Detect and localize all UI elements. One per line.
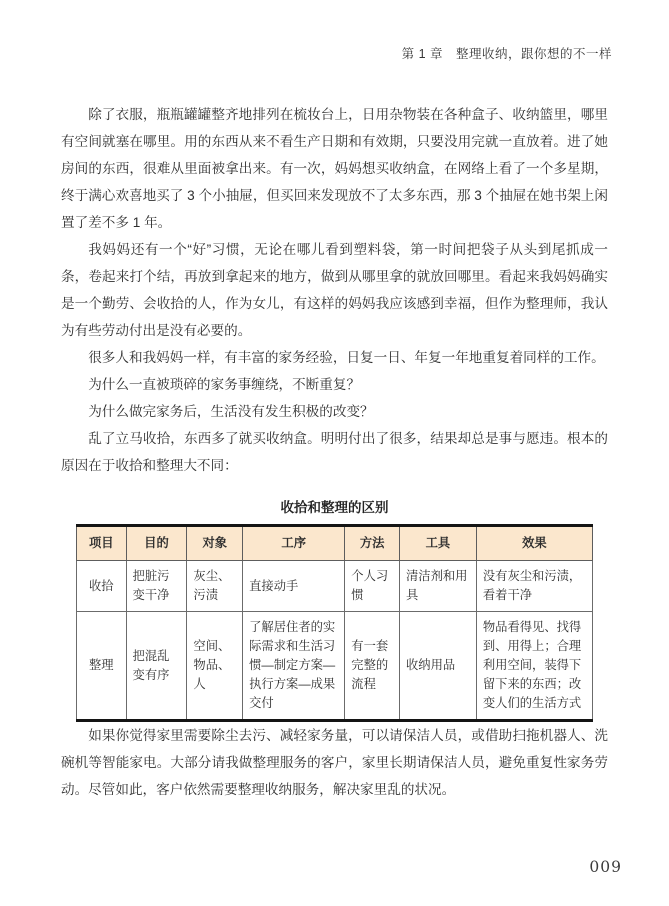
table-cell: 个人习惯 — [345, 561, 400, 612]
table-row-organize: 整理 把混乱变有序 空间、物品、人 了解居住者的实际需求和生活习惯—制定方案—执… — [77, 612, 593, 721]
col-header-tool: 工具 — [399, 526, 476, 561]
closing-paragraph: 如果你觉得家里需要除尘去污、减轻家务量，可以请保洁人员，或借助扫拖机器人、洗碗机… — [61, 722, 608, 803]
table-header-row: 项目 目的 对象 工序 方法 工具 效果 — [77, 526, 593, 561]
table-title: 收拾和整理的区别 — [61, 496, 608, 516]
table-cell: 收纳用品 — [399, 612, 476, 721]
table-cell: 把混乱变有序 — [126, 612, 187, 721]
table-cell: 灰尘、污渍 — [187, 561, 243, 612]
col-header-process: 工序 — [243, 526, 345, 561]
col-header-method: 方法 — [345, 526, 400, 561]
table-cell: 空间、物品、人 — [187, 612, 243, 721]
body-paragraph-1: 除了衣服，瓶瓶罐罐整齐地排列在梳妆台上，日用杂物装在各种盒子、收纳篮里，哪里有空… — [61, 101, 608, 236]
col-header-purpose: 目的 — [126, 526, 187, 561]
table-cell: 了解居住者的实际需求和生活习惯—制定方案—执行方案—成果交付 — [243, 612, 345, 721]
table-cell: 整理 — [77, 612, 127, 721]
table-cell: 有一套完整的流程 — [345, 612, 400, 721]
page-body: 除了衣服，瓶瓶罐罐整齐地排列在梳妆台上，日用杂物装在各种盒子、收纳篮里，哪里有空… — [61, 101, 608, 803]
col-header-effect: 效果 — [476, 526, 592, 561]
comparison-table: 项目 目的 对象 工序 方法 工具 效果 收拾 把脏污变干净 灰尘、污渍 直接动… — [76, 524, 593, 722]
table-cell: 把脏污变干净 — [126, 561, 187, 612]
table-cell: 直接动手 — [243, 561, 345, 612]
table-cell: 没有灰尘和污渍，看着干净 — [476, 561, 592, 612]
col-header-item: 项目 — [77, 526, 127, 561]
body-paragraph-3: 很多人和我妈妈一样，有丰富的家务经验，日复一日、年复一年地重复着同样的工作。 — [61, 344, 608, 371]
body-paragraph-4: 乱了立马收拾，东西多了就买收纳盒。明明付出了很多，结果却总是事与愿违。根本的原因… — [61, 425, 608, 479]
page-number: 009 — [589, 858, 622, 876]
question-paragraph-2: 为什么做完家务后，生活没有发生积极的改变？ — [61, 398, 608, 425]
table-cell: 物品看得见、找得到、用得上；合理利用空间，装得下留下来的东西；改变人们的生活方式 — [476, 612, 592, 721]
table-row-tidy: 收拾 把脏污变干净 灰尘、污渍 直接动手 个人习惯 清洁剂和用具 没有灰尘和污渍… — [77, 561, 593, 612]
col-header-object: 对象 — [187, 526, 243, 561]
table-cell: 清洁剂和用具 — [399, 561, 476, 612]
chapter-header: 第 1 章 整理收纳，跟你想的不一样 — [402, 44, 612, 62]
body-paragraph-2: 我妈妈还有一个“好”习惯，无论在哪儿看到塑料袋，第一时间把袋子从头到尾抓成一条，… — [61, 236, 608, 344]
question-paragraph-1: 为什么一直被琐碎的家务事缠绕，不断重复？ — [61, 371, 608, 398]
table-cell: 收拾 — [77, 561, 127, 612]
